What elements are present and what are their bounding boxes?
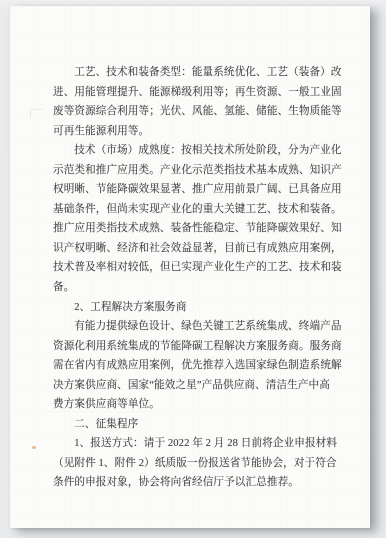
document-line: 备。 (53, 278, 341, 298)
document-line: 资源化利用系统集成的节能降碳工程解决方案服务商。服务商 (53, 337, 341, 357)
document-line: 进、用能管理提升、能源梯级利用等；再生资源、一般工业固 (53, 83, 341, 103)
document-line: 条件的申报对象，协会将向省经信厅予以汇总推荐。 (53, 473, 341, 493)
document-line: 技术（市场）成熟度：按相关技术所处阶段，分为产业化 (53, 141, 341, 161)
document-line: 决方案供应商、国家“能效之星”产品供应商、清洁生产中高 (53, 376, 341, 396)
document-page: 工艺、技术和装备类型：能量系统优化、工艺（装备）改进、用能管理提升、能源梯级利用… (10, 6, 370, 528)
document-line: 权明晰、节能降碳效果显著、推广应用前景广阔、已具备应用 (53, 180, 341, 200)
document-line: 基础条件，但尚未实现产业化的重大关键工艺、技术和装备。 (53, 200, 341, 220)
scan-speck (32, 446, 36, 449)
document-line: 二、征集程序 (53, 415, 341, 435)
scan-smudge (30, 109, 43, 118)
document-line: 费方案供应商等单位。 (53, 395, 341, 415)
document-line: 示范类和推广应用类。产业化示范类指技术基本成熟、知识产 (53, 161, 341, 181)
document-line: 1、报送方式：请于 2022 年 2 月 28 日前将企业申报材料 (53, 434, 341, 454)
document-line: 技术普及率相对较低，但已实现产业化生产的工艺、技术和装 (53, 258, 341, 278)
document-line: 工艺、技术和装备类型：能量系统优化、工艺（装备）改 (53, 63, 341, 83)
document-text-block: 工艺、技术和装备类型：能量系统优化、工艺（装备）改进、用能管理提升、能源梯级利用… (53, 63, 341, 493)
document-line: 有能力提供绿色设计、绿色关键工艺系统集成、终端产品 (53, 317, 341, 337)
document-line: 可再生能源利用等。 (53, 122, 341, 142)
document-line: （见附件 1、附件 2）纸质版一份报送省节能协会，对于符合 (53, 454, 341, 474)
document-line: 2、工程解决方案服务商 (53, 298, 341, 318)
document-line: 废等资源综合利用等；光伏、风能、氢能、储能、生物质能等 (53, 102, 341, 122)
scan-background: 工艺、技术和装备类型：能量系统优化、工艺（装备）改进、用能管理提升、能源梯级利用… (0, 0, 386, 538)
document-line: 推广应用类指技术成熟、装备性能稳定、节能降碳效果好、知 (53, 219, 341, 239)
document-line: 需在省内有成熟应用案例，优先推荐入选国家绿色制造系统解 (53, 356, 341, 376)
document-line: 识产权明晰、经济和社会效益显著，目前已有成熟应用案例， (53, 239, 341, 259)
